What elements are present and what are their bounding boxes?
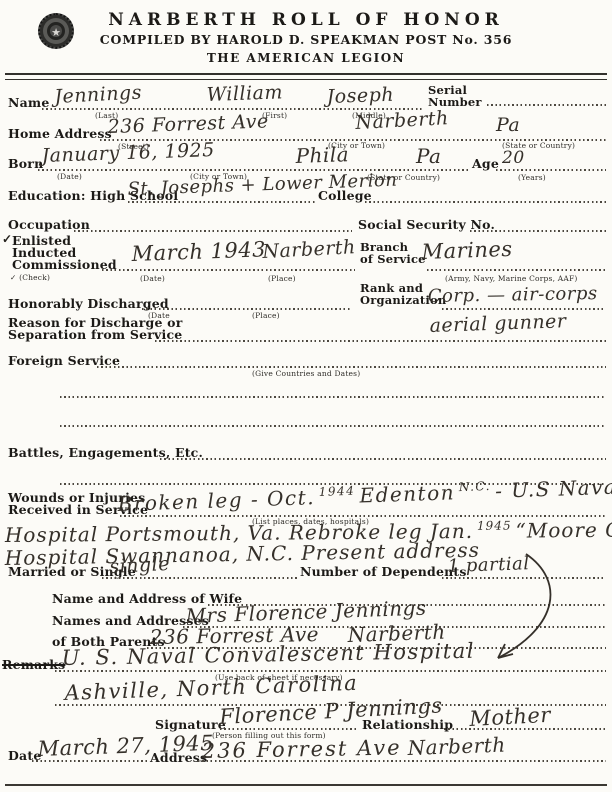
sub-date: (Date)	[140, 274, 165, 283]
dotted-line	[155, 340, 606, 342]
dotted-line	[38, 169, 468, 171]
dotted-line	[427, 269, 606, 271]
dotted-line	[487, 104, 606, 106]
name-last-value: Jennings	[54, 81, 143, 108]
page-title: NARBERTH ROLL OF HONOR	[0, 10, 612, 30]
dotted-line	[128, 201, 316, 203]
wounds-line1-b: Edenton	[359, 480, 455, 507]
wounds-line1-c: - U.S Naval	[495, 474, 612, 503]
born-date-value: January 16, 1925	[41, 139, 215, 167]
wounds-line1-a: Broken leg - Oct.	[117, 485, 315, 516]
footer-city-value: Narberth	[407, 733, 506, 760]
header-double-rule	[5, 73, 607, 80]
dotted-line	[102, 577, 297, 579]
home-city-value: Narberth	[355, 107, 449, 134]
relationship-value: Mother	[469, 703, 552, 731]
dotted-line	[365, 201, 606, 203]
dotted-line	[198, 760, 606, 762]
branch-label-line2: of Service	[360, 253, 426, 265]
dotted-line	[142, 308, 352, 310]
sub-place: (Place)	[268, 274, 296, 283]
sub-place: (Place)	[252, 311, 280, 320]
branch-of-service-label: Branch of Service	[360, 241, 426, 265]
wounds-line2-sup: 1945	[477, 518, 512, 532]
born-city-value: Phila	[295, 142, 349, 168]
rank-value-line2: aerial gunner	[429, 310, 567, 337]
marital-value: single	[109, 553, 171, 578]
rank-value-line1: Corp. — air-corps	[428, 283, 598, 307]
dotted-line	[74, 230, 352, 232]
dotted-line	[32, 760, 147, 762]
sub-years: (Years)	[518, 173, 546, 182]
enlisted-checkmark: ✓	[2, 232, 12, 246]
dotted-line	[42, 108, 422, 110]
name-first-value: William	[206, 81, 283, 106]
footer-street-value: 236 Forrest Ave	[202, 736, 402, 763]
home-street-value: 236 Forrest Ave	[107, 110, 269, 138]
name-middle-value: Joseph	[326, 84, 394, 108]
sub-check: ✓ (Check)	[10, 273, 50, 282]
home-state-value: Pa	[496, 114, 520, 136]
address-label: Address	[150, 750, 207, 765]
sub-branch-options: (Army, Navy, Marine Corps, AAF)	[445, 274, 578, 283]
wounds-line2-b: “Moore General”	[515, 517, 612, 543]
wounds-line1-sup2: N.C.	[459, 479, 492, 494]
wounds-line1-sup1: 1944	[319, 483, 356, 498]
sub-countries-dates: (Give Countries and Dates)	[252, 369, 360, 378]
enlist-date-value: March 1943	[131, 237, 266, 266]
enlist-place-value: Narberth	[262, 236, 356, 263]
college-label: College	[318, 188, 372, 203]
born-state-value: Pa	[416, 144, 441, 168]
dotted-line	[220, 728, 358, 730]
compiled-by-line: COMPILED BY HAROLD D. SPEAKMAN POST No. …	[0, 32, 612, 47]
branch-value: Marines	[421, 237, 513, 264]
roll-of-honor-form: ★ NARBERTH ROLL OF HONOR COMPILED BY HAR…	[0, 0, 612, 792]
age-label: Age	[472, 156, 499, 171]
home-address-label: Home Address	[8, 126, 112, 141]
sub-date: (Date)	[57, 172, 82, 181]
dotted-line	[60, 396, 606, 398]
dotted-line	[442, 308, 606, 310]
present-address-arrow	[468, 548, 578, 673]
serial-number-label: Serial Number	[428, 84, 482, 108]
relationship-label: Relationship	[362, 717, 453, 732]
organization-line: THE AMERICAN LEGION	[0, 51, 612, 65]
age-value: 20	[502, 148, 525, 168]
dotted-line	[97, 366, 606, 368]
dotted-line	[496, 169, 606, 171]
dotted-line	[470, 230, 606, 232]
dotted-line	[160, 458, 606, 460]
serial-label-line2: Number	[428, 96, 482, 108]
bottom-rule	[5, 784, 607, 786]
dotted-line	[60, 425, 606, 427]
signature-label: Signature	[155, 717, 226, 732]
wounds-value-line1: Broken leg - Oct.1944EdentonN.C.- U.S Na…	[117, 474, 612, 516]
dotted-line	[444, 728, 606, 730]
dotted-line	[102, 269, 355, 271]
